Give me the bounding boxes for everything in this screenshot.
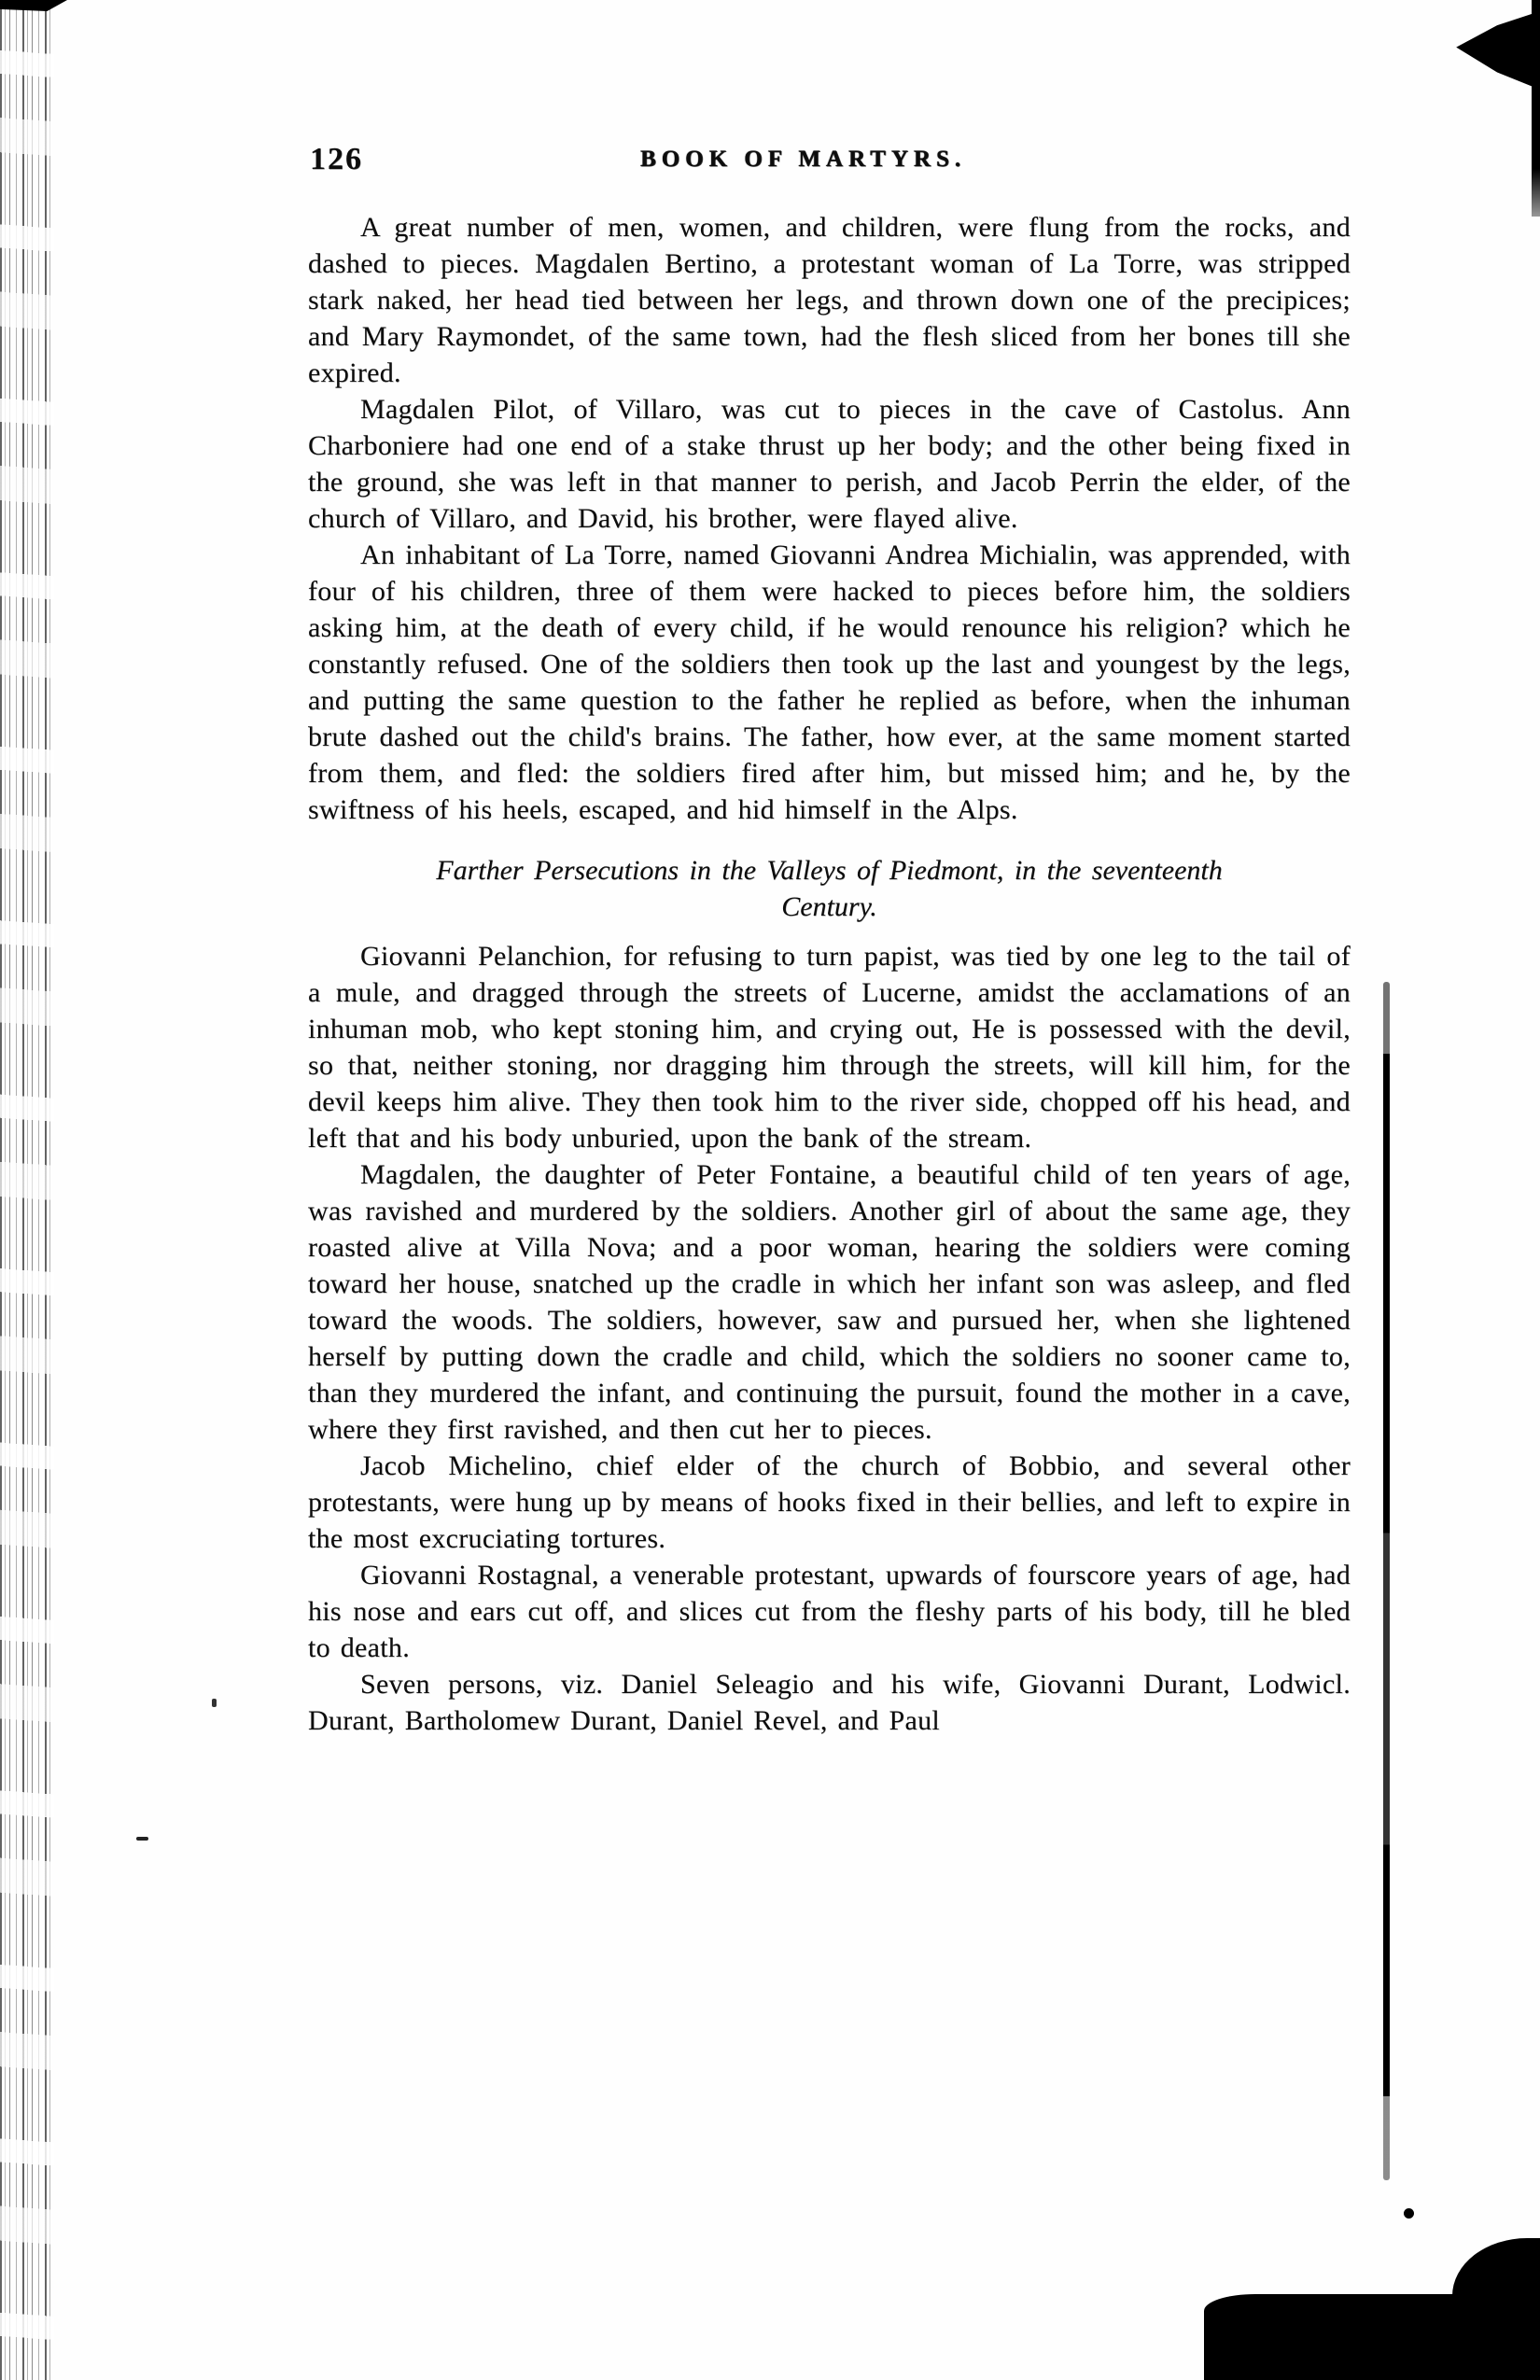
- scan-left-edge-artifact: [0, 0, 54, 2380]
- section-heading: Farther Persecutions in the Valleys of P…: [308, 852, 1351, 925]
- page-number: 126: [310, 142, 363, 177]
- paragraph: An inhabitant of La Torre, named Giovann…: [308, 537, 1351, 828]
- text-column: 126 BOOK OF MARTYRS. A great number of m…: [308, 142, 1351, 1739]
- paragraph: Giovanni Pelanchion, for refusing to tur…: [308, 938, 1351, 1156]
- page-header: 126 BOOK OF MARTYRS.: [308, 142, 1351, 209]
- paragraph: A great number of men, women, and childr…: [308, 209, 1351, 391]
- scan-ink-dot: [1404, 2208, 1414, 2219]
- paragraph: Jacob Michelino, chief elder of the chur…: [308, 1448, 1351, 1557]
- paragraph: Magdalen, the daughter of Peter Fontaine…: [308, 1156, 1351, 1448]
- scan-top-right-edge-line: [1532, 0, 1540, 217]
- scan-bottom-right-corner-shadow: [1452, 2238, 1540, 2313]
- scan-stray-dash: [136, 1837, 148, 1841]
- scan-stray-speck: [212, 1699, 217, 1707]
- paragraph: Magdalen Pilot, of Villaro, was cut to p…: [308, 391, 1351, 537]
- scan-top-right-mark: [1445, 11, 1540, 90]
- body-text: A great number of men, women, and childr…: [308, 209, 1351, 1739]
- scanned-book-page: 126 BOOK OF MARTYRS. A great number of m…: [0, 0, 1540, 2380]
- scan-right-edge-line: [1383, 982, 1390, 2180]
- paragraph: Seven persons, viz. Daniel Seleagio and …: [308, 1666, 1351, 1739]
- running-title: BOOK OF MARTYRS.: [640, 147, 966, 173]
- paragraph: Giovanni Rostagnal, a venerable protesta…: [308, 1557, 1351, 1666]
- scan-top-left-corner-mark: [0, 0, 67, 11]
- section-heading-line1: Farther Persecutions in the Valleys of P…: [308, 852, 1351, 889]
- section-heading-line2: Century.: [308, 889, 1351, 925]
